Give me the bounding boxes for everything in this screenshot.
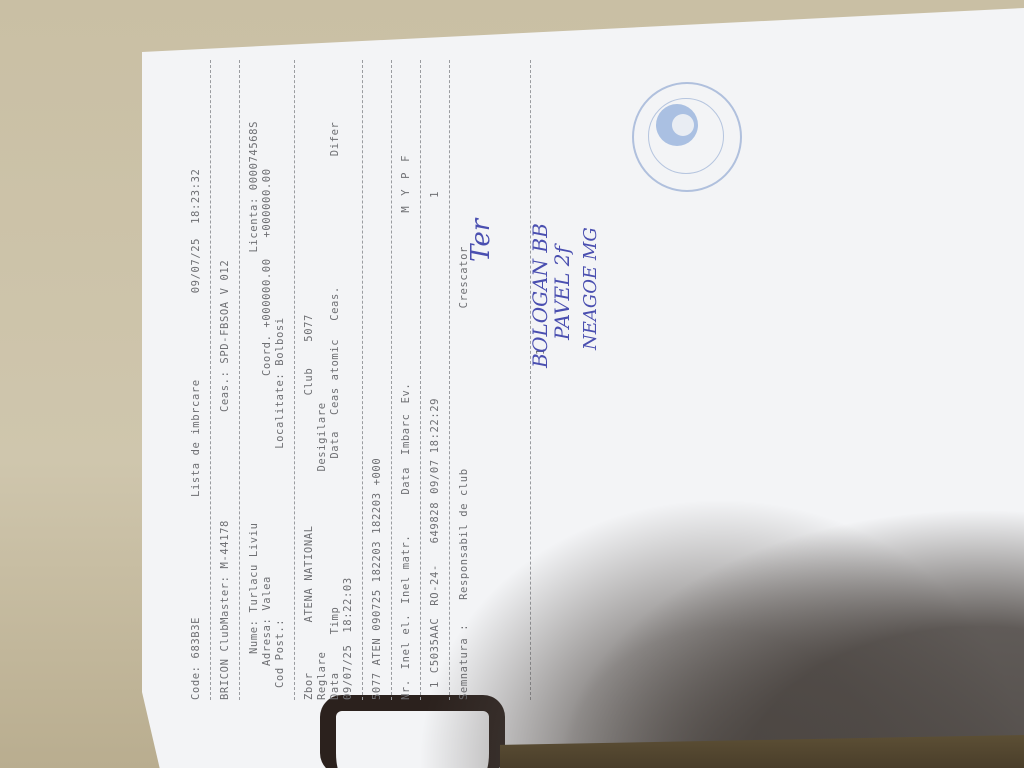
divider xyxy=(294,60,295,700)
locality: Localitate: Bolbosi xyxy=(274,317,287,449)
data-label: Data xyxy=(329,672,342,700)
divider xyxy=(362,60,363,700)
coordinates: Coord. +000000.00 +000000.00 xyxy=(261,168,274,376)
zbor-label: Zbor xyxy=(303,672,316,700)
desigilare-label: Desigilare xyxy=(316,402,329,471)
signature-row: Semnatura : Responsabil de club Crescato… xyxy=(458,40,471,700)
device-row: BRICON ClubMaster: M-44178 Ceas.: SPD-FB… xyxy=(219,40,232,700)
handwritten-name-2: PAVEL 2f xyxy=(550,246,574,340)
handwritten-name-1: BOLOGAN BB xyxy=(528,223,552,368)
divider xyxy=(530,60,531,700)
table-row: 1 C5035AAC RO-24- 649828 09/07 18:22:29 … xyxy=(429,40,442,700)
header-row: Code: 683B3E Lista de imbrcare 09/07/25 … xyxy=(190,40,203,700)
cell-inel-el: C5035AAC xyxy=(429,618,442,673)
clock-label: Ceas.: SPD-FBSOA V 012 xyxy=(219,260,232,412)
flight-row: Zbor ATENA NATIONAL Club 5077 xyxy=(303,40,316,700)
cell-nr: 1 xyxy=(429,681,442,688)
th-ev: Ev. xyxy=(400,383,413,404)
th-data: Data xyxy=(400,467,413,495)
divider xyxy=(391,60,392,700)
count-row: 1 xyxy=(535,40,548,700)
ceas-atomic-label: Ceas atomic xyxy=(329,339,342,415)
ceas-label: Ceas. xyxy=(329,286,342,321)
divider xyxy=(420,60,421,700)
reglare-values-row: 09/07/25 18:22:03 xyxy=(342,40,355,700)
timp-label: Timp xyxy=(329,607,342,635)
reglare-date: 09/07/25 xyxy=(342,645,355,700)
th-nr: Nr. xyxy=(400,679,413,700)
th-imbarc: Imbarc xyxy=(400,413,413,455)
club-stamp xyxy=(632,82,742,192)
document-title: Lista de imbrcare xyxy=(190,379,203,497)
locality-row: Cod Post.: Localitate: Bolbosi xyxy=(274,40,287,700)
th-m: M xyxy=(400,206,413,213)
th-inel-matr: Inel matr. xyxy=(400,535,413,604)
divider xyxy=(449,60,450,700)
th-y: Y xyxy=(400,189,413,196)
th-inel-el: Inel el. xyxy=(400,614,413,669)
divider xyxy=(210,60,211,700)
reglare-row: Reglare Desigilare xyxy=(316,40,329,700)
summary-line: 5077 ATEN 090725 182203 182203 +000 xyxy=(371,458,384,700)
header-date: 09/07/25 xyxy=(190,238,203,293)
eye-emblem-icon xyxy=(656,104,698,146)
responsabil-label: Responsabil de club xyxy=(458,468,471,600)
header-time: 18:23:32 xyxy=(190,169,203,224)
difer-label: Difer xyxy=(329,122,342,157)
club-label: Club xyxy=(303,368,316,396)
crescator-signature: Ter xyxy=(466,219,496,262)
divider xyxy=(239,60,240,700)
code-label: Code: 683B3E xyxy=(190,617,203,700)
clubmaster-label: BRICON ClubMaster: M-44178 xyxy=(219,520,232,700)
cell-data: 09/07 xyxy=(429,459,442,494)
zbor-value: ATENA NATIONAL xyxy=(303,525,316,622)
license-number: Licenta: 000074568S xyxy=(248,121,261,253)
cell-y: 1 xyxy=(429,191,442,198)
fancier-address: Adresa: Valea xyxy=(261,576,274,666)
summary-row: 5077 ATEN 090725 182203 182203 +000 xyxy=(371,40,384,700)
address-row: Adresa: Valea Coord. +000000.00 +000000.… xyxy=(261,40,274,700)
cell-imbarc: 18:22:29 xyxy=(429,398,442,453)
club-value: 5077 xyxy=(303,314,316,342)
cell-inel-matr: RO-24- 649828 xyxy=(429,502,442,606)
clocking-list-document: Code: 683B3E Lista de imbrcare 09/07/25 … xyxy=(190,40,548,700)
data2-label: Data xyxy=(329,431,342,459)
postal-code: Cod Post.: xyxy=(274,619,287,688)
reglare-time: 18:22:03 xyxy=(342,577,355,632)
clipboard-clip xyxy=(320,695,505,768)
th-f: F xyxy=(400,155,413,162)
column-headers-row: Data Timp Data Ceas atomic Ceas. Difer xyxy=(329,40,342,700)
table-header-row: Nr. Inel el. Inel matr. Data Imbarc Ev. … xyxy=(400,40,413,700)
handwritten-name-3: NEAGOE MG xyxy=(580,227,601,350)
th-p: P xyxy=(400,172,413,179)
reglare-label: Reglare xyxy=(316,652,329,700)
fancier-name: Nume: Turlacu Liviu xyxy=(248,522,261,654)
fancier-name-row: Nume: Turlacu Liviu Licenta: 000074568S xyxy=(248,40,261,700)
semnatura-label: Semnatura : xyxy=(458,624,471,700)
